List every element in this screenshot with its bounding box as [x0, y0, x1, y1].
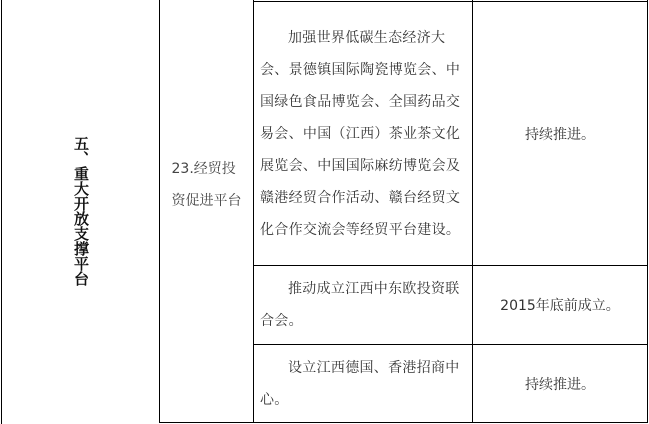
task-cell: 推动成立江西中东欧投资联合会。 [254, 266, 472, 344]
status-text: 2015年底前成立。 [500, 295, 620, 315]
status-cell: 2015年底前成立。 [473, 266, 647, 344]
task-cell: 设立江西德国、香港招商中心。 [254, 345, 472, 422]
platform-name-cell: 23.经贸投 资促进平台 [160, 0, 253, 422]
platform-name-line2: 资促进平台 [172, 185, 242, 217]
status-cell: 持续推进。 [473, 345, 647, 422]
status-text: 持续推进。 [525, 374, 595, 394]
status-cell: 持续推进。 [473, 2, 647, 265]
section-title: 五、重大开放支撑平台 [73, 136, 88, 286]
task-text: 设立江西德国、香港招商中心。 [260, 352, 466, 416]
task-text: 加强世界低碳生态经济大会、景德镇国际陶瓷博览会、中国绿色食品博览会、全国药品交易… [260, 22, 466, 246]
table-border-right [647, 0, 648, 423]
platform-name: 23.经贸投 资促进平台 [172, 153, 242, 217]
section-title-cell: 五、重大开放支撑平台 [2, 0, 159, 424]
task-text: 推动成立江西中东欧投资联合会。 [260, 273, 466, 337]
table-border-bottom [159, 422, 648, 423]
platform-name-line1: 23.经贸投 [172, 153, 242, 185]
status-text: 持续推进。 [525, 124, 595, 144]
task-cell: 加强世界低碳生态经济大会、景德镇国际陶瓷博览会、中国绿色食品博览会、全国药品交易… [254, 2, 472, 265]
